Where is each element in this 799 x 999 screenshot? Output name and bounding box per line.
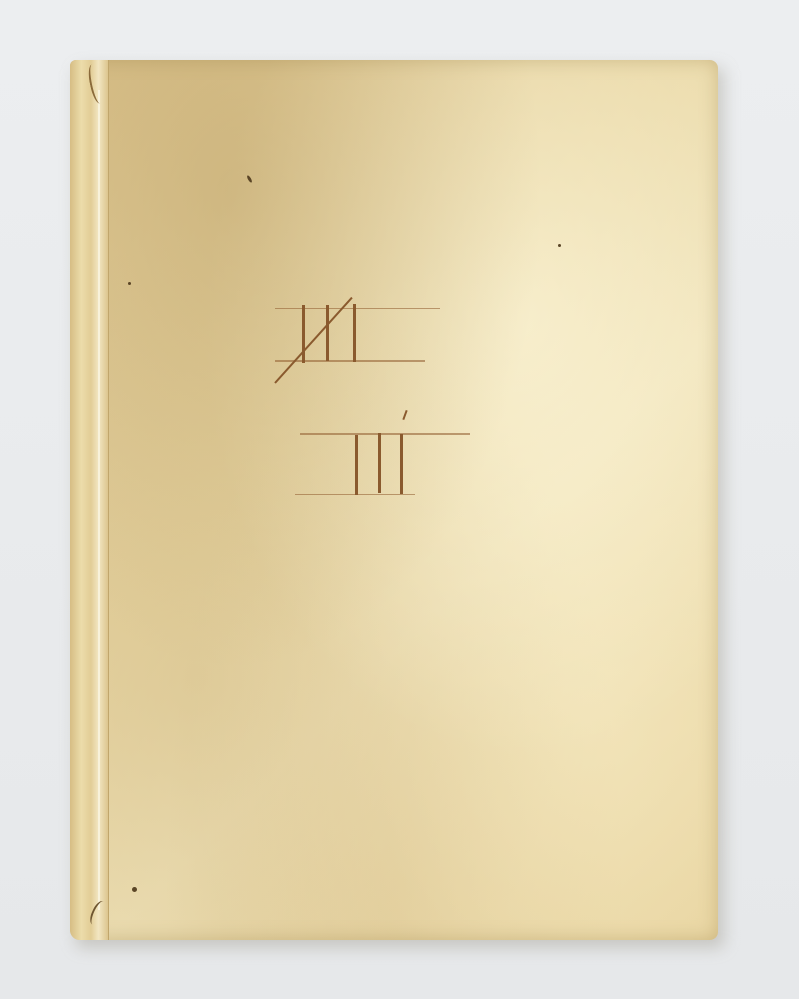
spine-hinge-line — [98, 90, 100, 910]
cover-speck — [246, 175, 253, 183]
cover-speck — [558, 244, 561, 247]
cover-speck — [128, 282, 131, 285]
vellum-book-cover — [70, 60, 718, 940]
cover-speck — [132, 887, 137, 892]
book-spine — [70, 60, 109, 940]
spine-tear-bottom — [87, 899, 109, 928]
spine-tear-top — [86, 63, 106, 105]
